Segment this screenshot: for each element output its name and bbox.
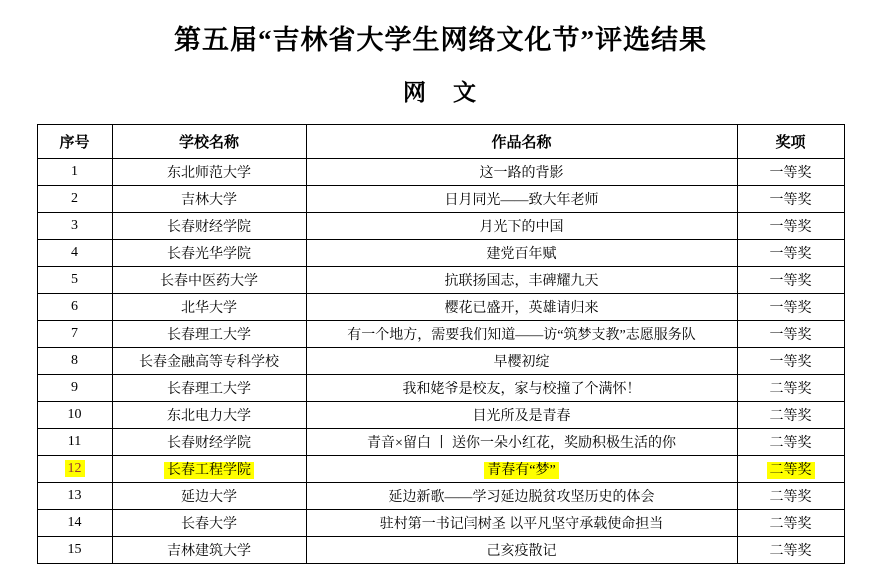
work-title: 目光所及是青春 <box>473 409 571 424</box>
row-number: 15 <box>68 542 82 557</box>
award-level: 一等奖 <box>770 247 812 262</box>
cell-no: 14 <box>37 510 112 537</box>
cell-award: 二等奖 <box>737 375 844 402</box>
cell-school: 延边大学 <box>112 483 306 510</box>
cell-school: 长春光华学院 <box>112 240 306 267</box>
cell-work: 我和姥爷是校友，家与校撞了个满怀！ <box>306 375 737 402</box>
school-name: 吉林建筑大学 <box>167 544 251 559</box>
cell-work: 青音×留白 丨 送你一朵小红花，奖励积极生活的你 <box>306 429 737 456</box>
school-name: 长春金融高等专科学校 <box>139 355 279 370</box>
award-level: 二等奖 <box>770 490 812 505</box>
table-row: 3长春财经学院月光下的中国一等奖 <box>37 213 844 240</box>
school-name: 长春财经学院 <box>167 436 251 451</box>
row-number: 13 <box>68 488 82 503</box>
table-row: 4长春光华学院建党百年赋一等奖 <box>37 240 844 267</box>
cell-work: 这一路的背影 <box>306 159 737 186</box>
table-row: 14长春大学驻村第一书记闫树圣 以平凡坚守承载使命担当二等奖 <box>37 510 844 537</box>
work-title: 青春有“梦” <box>484 462 558 479</box>
cell-award: 二等奖 <box>737 537 844 564</box>
work-title: 抗联扬国志，丰碑耀九天 <box>445 274 599 289</box>
cell-no: 11 <box>37 429 112 456</box>
cell-award: 一等奖 <box>737 294 844 321</box>
table-row: 7长春理工大学有一个地方，需要我们知道——访“筑梦支教”志愿服务队一等奖 <box>37 321 844 348</box>
award-level: 一等奖 <box>770 166 812 181</box>
cell-award: 一等奖 <box>737 186 844 213</box>
school-name: 长春理工大学 <box>167 328 251 343</box>
table-row: 5长春中医药大学抗联扬国志，丰碑耀九天一等奖 <box>37 267 844 294</box>
cell-school: 长春理工大学 <box>112 375 306 402</box>
row-number: 11 <box>68 434 81 449</box>
cell-award: 二等奖 <box>737 429 844 456</box>
cell-no: 15 <box>37 537 112 564</box>
cell-work: 日月同光——致大年老师 <box>306 186 737 213</box>
col-header-no: 序号 <box>37 125 112 159</box>
work-title: 我和姥爷是校友，家与校撞了个满怀！ <box>403 382 641 397</box>
cell-school: 长春中医药大学 <box>112 267 306 294</box>
cell-no: 6 <box>37 294 112 321</box>
cell-award: 一等奖 <box>737 267 844 294</box>
cell-no: 13 <box>37 483 112 510</box>
work-title: 樱花已盛开，英雄请归来 <box>445 301 599 316</box>
award-level: 一等奖 <box>770 274 812 289</box>
work-title: 这一路的背影 <box>480 166 564 181</box>
award-level: 二等奖 <box>770 382 812 397</box>
table-row: 13延边大学延边新歌——学习延边脱贫攻坚历史的体会二等奖 <box>37 483 844 510</box>
school-name: 长春理工大学 <box>167 382 251 397</box>
document-page: 第五届“吉林省大学生网络文化节”评选结果 网 文 序号 学校名称 作品名称 奖项… <box>0 0 881 570</box>
table-row: 10东北电力大学目光所及是青春二等奖 <box>37 402 844 429</box>
table-row: 12长春工程学院青春有“梦”二等奖 <box>37 456 844 483</box>
cell-school: 北华大学 <box>112 294 306 321</box>
cell-no: 12 <box>37 456 112 483</box>
cell-award: 二等奖 <box>737 402 844 429</box>
school-name: 长春中医药大学 <box>160 274 258 289</box>
award-level: 二等奖 <box>770 517 812 532</box>
cell-work: 抗联扬国志，丰碑耀九天 <box>306 267 737 294</box>
cell-work: 青春有“梦” <box>306 456 737 483</box>
work-title: 驻村第一书记闫树圣 以平凡坚守承载使命担当 <box>380 517 664 532</box>
school-name: 东北师范大学 <box>167 166 251 181</box>
school-name: 长春光华学院 <box>167 247 251 262</box>
table-row: 11长春财经学院青音×留白 丨 送你一朵小红花，奖励积极生活的你二等奖 <box>37 429 844 456</box>
row-number: 1 <box>71 164 78 179</box>
row-number: 14 <box>68 515 82 530</box>
cell-school: 长春财经学院 <box>112 429 306 456</box>
school-name: 北华大学 <box>181 301 237 316</box>
work-title: 日月同光——致大年老师 <box>445 193 599 208</box>
row-number: 10 <box>68 407 82 422</box>
cell-work: 月光下的中国 <box>306 213 737 240</box>
cell-work: 建党百年赋 <box>306 240 737 267</box>
school-name: 长春财经学院 <box>167 220 251 235</box>
table-header-row: 序号 学校名称 作品名称 奖项 <box>37 125 844 159</box>
table-body: 1东北师范大学这一路的背影一等奖2吉林大学日月同光——致大年老师一等奖3长春财经… <box>37 159 844 564</box>
award-level: 一等奖 <box>770 301 812 316</box>
work-title: 青音×留白 丨 送你一朵小红花，奖励积极生活的你 <box>367 436 676 451</box>
col-header-school: 学校名称 <box>112 125 306 159</box>
cell-school: 长春理工大学 <box>112 321 306 348</box>
cell-work: 延边新歌——学习延边脱贫攻坚历史的体会 <box>306 483 737 510</box>
cell-school: 长春财经学院 <box>112 213 306 240</box>
award-level: 二等奖 <box>770 409 812 424</box>
cell-no: 5 <box>37 267 112 294</box>
award-level: 一等奖 <box>770 220 812 235</box>
work-title: 建党百年赋 <box>487 247 557 262</box>
school-name: 东北电力大学 <box>167 409 251 424</box>
cell-school: 东北电力大学 <box>112 402 306 429</box>
cell-no: 10 <box>37 402 112 429</box>
table-row: 2吉林大学日月同光——致大年老师一等奖 <box>37 186 844 213</box>
cell-award: 一等奖 <box>737 348 844 375</box>
award-level: 一等奖 <box>770 355 812 370</box>
award-level: 二等奖 <box>770 544 812 559</box>
row-number: 5 <box>71 272 78 287</box>
work-title: 延边新歌——学习延边脱贫攻坚历史的体会 <box>389 490 655 505</box>
work-title: 早樱初绽 <box>494 355 550 370</box>
cell-work: 驻村第一书记闫树圣 以平凡坚守承载使命担当 <box>306 510 737 537</box>
cell-no: 7 <box>37 321 112 348</box>
page-subtitle: 网 文 <box>0 74 881 107</box>
cell-award: 一等奖 <box>737 213 844 240</box>
cell-award: 一等奖 <box>737 321 844 348</box>
table-row: 9长春理工大学我和姥爷是校友，家与校撞了个满怀！二等奖 <box>37 375 844 402</box>
cell-work: 目光所及是青春 <box>306 402 737 429</box>
table-row: 6北华大学樱花已盛开，英雄请归来一等奖 <box>37 294 844 321</box>
row-number: 12 <box>65 460 85 477</box>
cell-no: 8 <box>37 348 112 375</box>
school-name: 吉林大学 <box>181 193 237 208</box>
cell-no: 4 <box>37 240 112 267</box>
row-number: 7 <box>71 326 78 341</box>
work-title: 己亥疫散记 <box>487 544 557 559</box>
row-number: 8 <box>71 353 78 368</box>
table-row: 1东北师范大学这一路的背影一等奖 <box>37 159 844 186</box>
table-row: 8长春金融高等专科学校早樱初绽一等奖 <box>37 348 844 375</box>
cell-work: 樱花已盛开，英雄请归来 <box>306 294 737 321</box>
award-level: 一等奖 <box>770 328 812 343</box>
row-number: 6 <box>71 299 78 314</box>
cell-school: 吉林大学 <box>112 186 306 213</box>
page-title: 第五届“吉林省大学生网络文化节”评选结果 <box>0 0 881 57</box>
school-name: 延边大学 <box>181 490 237 505</box>
cell-work: 早樱初绽 <box>306 348 737 375</box>
award-level: 二等奖 <box>767 462 815 479</box>
award-level: 二等奖 <box>770 436 812 451</box>
cell-award: 二等奖 <box>737 510 844 537</box>
cell-award: 一等奖 <box>737 159 844 186</box>
cell-award: 一等奖 <box>737 240 844 267</box>
cell-award: 二等奖 <box>737 483 844 510</box>
cell-no: 2 <box>37 186 112 213</box>
cell-no: 1 <box>37 159 112 186</box>
cell-work: 己亥疫散记 <box>306 537 737 564</box>
cell-no: 9 <box>37 375 112 402</box>
cell-no: 3 <box>37 213 112 240</box>
cell-school: 东北师范大学 <box>112 159 306 186</box>
cell-award: 二等奖 <box>737 456 844 483</box>
row-number: 2 <box>71 191 78 206</box>
results-table: 序号 学校名称 作品名称 奖项 1东北师范大学这一路的背影一等奖2吉林大学日月同… <box>37 124 845 564</box>
cell-school: 长春大学 <box>112 510 306 537</box>
col-header-work: 作品名称 <box>306 125 737 159</box>
row-number: 3 <box>71 218 78 233</box>
work-title: 月光下的中国 <box>480 220 564 235</box>
row-number: 9 <box>71 380 78 395</box>
row-number: 4 <box>71 245 78 260</box>
cell-school: 长春金融高等专科学校 <box>112 348 306 375</box>
table-row: 15吉林建筑大学己亥疫散记二等奖 <box>37 537 844 564</box>
school-name: 长春大学 <box>181 517 237 532</box>
school-name: 长春工程学院 <box>164 462 254 479</box>
cell-school: 长春工程学院 <box>112 456 306 483</box>
award-level: 一等奖 <box>770 193 812 208</box>
cell-school: 吉林建筑大学 <box>112 537 306 564</box>
work-title: 有一个地方，需要我们知道——访“筑梦支教”志愿服务队 <box>347 328 695 343</box>
cell-work: 有一个地方，需要我们知道——访“筑梦支教”志愿服务队 <box>306 321 737 348</box>
col-header-award: 奖项 <box>737 125 844 159</box>
